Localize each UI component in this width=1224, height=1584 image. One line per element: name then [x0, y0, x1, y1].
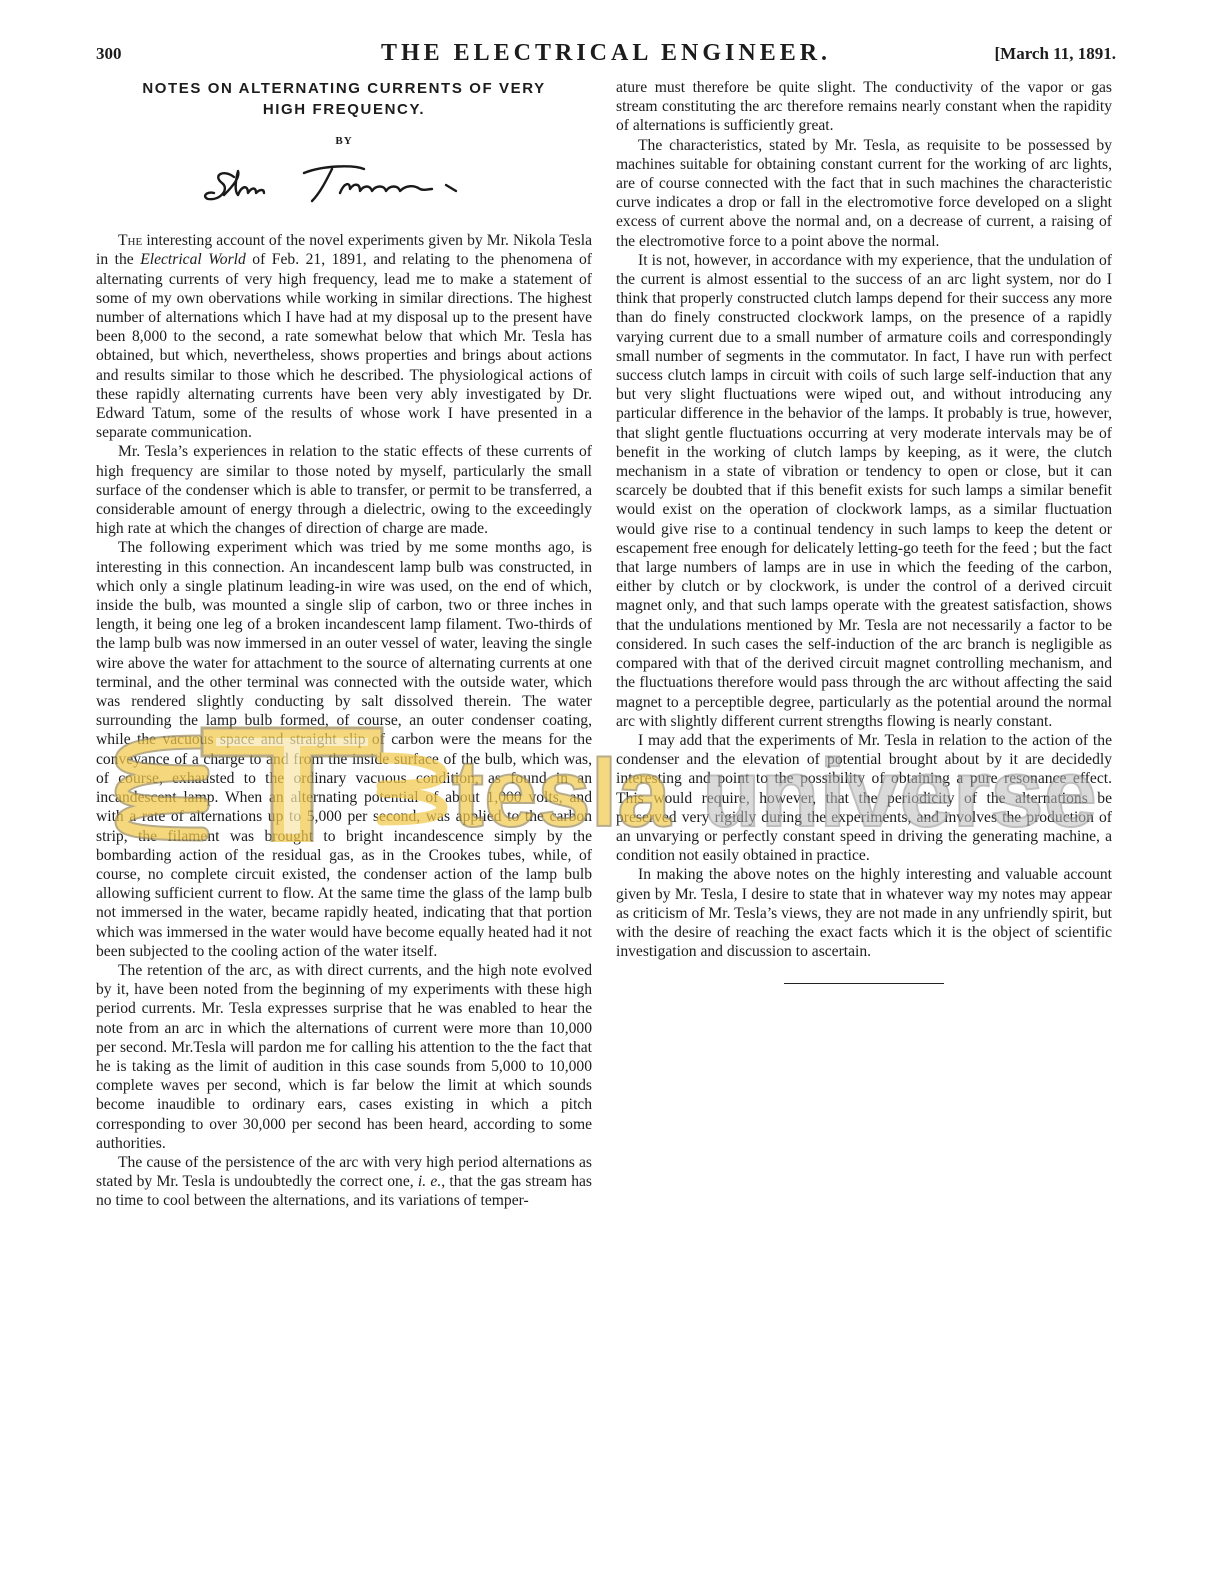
left-column: NOTES ON ALTERNATING CURRENTS OF VERY HI… [96, 78, 592, 1211]
closing-rule [784, 983, 944, 984]
paragraph-9: In making the above notes on the highly … [616, 865, 1112, 961]
paragraph-continued: ature must therefore be quite slight. Th… [616, 78, 1112, 136]
newspaper-page: 300 THE ELECTRICAL ENGINEER. [March 11, … [0, 0, 1224, 1584]
article-title-line-2: HIGH FREQUENCY. [96, 99, 592, 120]
issue-date: [March 11, 1891. [994, 44, 1116, 64]
paragraph-lead-word: The [118, 232, 142, 249]
byline: BY [96, 132, 592, 151]
abbreviation-ie: i. e. [418, 1173, 441, 1190]
article-title: NOTES ON ALTERNATING CURRENTS OF VERY HI… [96, 78, 592, 120]
paragraph-4: The retention of the arc, as with direct… [96, 961, 592, 1153]
author-signature [96, 155, 592, 217]
paragraph-1: The interesting account of the novel exp… [96, 231, 592, 442]
journal-title: THE ELECTRICAL ENGINEER. [96, 40, 1116, 67]
paragraph-text: of Feb. 21, 1891, and relating to the ph… [96, 251, 592, 441]
article-title-line-1: NOTES ON ALTERNATING CURRENTS OF VERY [96, 78, 592, 99]
paragraph-6: The characteristics, stated by Mr. Tesla… [616, 136, 1112, 251]
running-head: 300 THE ELECTRICAL ENGINEER. [March 11, … [96, 40, 1116, 70]
paragraph-3: The following experiment which was tried… [96, 538, 592, 960]
right-column: ature must therefore be quite slight. Th… [616, 78, 1112, 984]
publication-name: Electrical World [140, 251, 246, 268]
paragraph-7: It is not, however, in accordance with m… [616, 251, 1112, 731]
signature-icon [194, 155, 494, 217]
paragraph-5: The cause of the persistence of the arc … [96, 1153, 592, 1211]
paragraph-8: I may add that the experiments of Mr. Te… [616, 731, 1112, 865]
paragraph-2: Mr. Tesla’s experiences in relation to t… [96, 442, 592, 538]
